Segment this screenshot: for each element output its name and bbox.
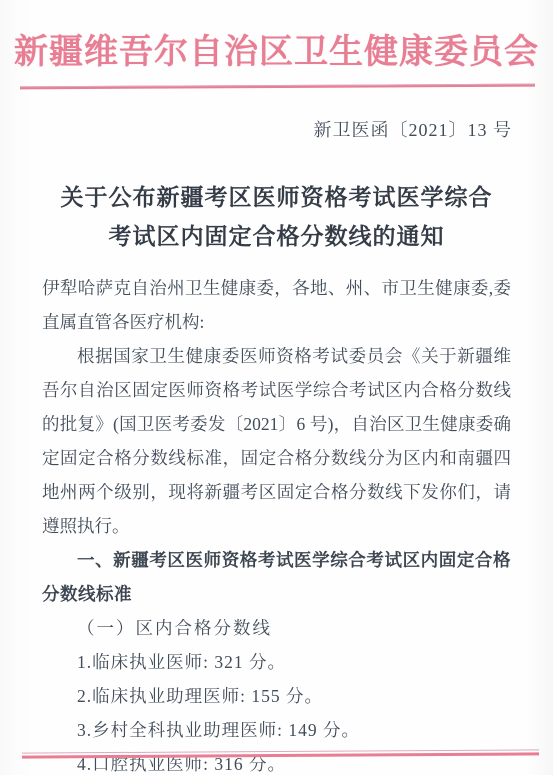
paragraph-policy-basis: 根据国家卫生健康委医师资格考试委员会《关于新疆维吾尔自治区固定医师资格考试医学综… — [42, 339, 511, 543]
notice-title: 关于公布新疆考区医师资格考试医学综合 考试区内固定合格分数线的通知 — [0, 178, 553, 256]
document-reference-number: 新卫医函〔2021〕13 号 — [0, 116, 553, 142]
issuing-org-masthead: 新疆维吾尔自治区卫生健康委员会 — [0, 24, 553, 73]
notice-title-line2: 考试区内固定合格分数线的通知 — [0, 217, 553, 256]
score-item-rural-general-assistant-physician: 3.乡村全科执业助理医师: 149 分。 — [42, 713, 511, 747]
subsection-heading-regional-pass-line: （一）区内合格分数线 — [42, 611, 511, 645]
score-item-clinical-physician: 1.临床执业医师: 321 分。 — [42, 645, 511, 679]
notice-title-line1: 关于公布新疆考区医师资格考试医学综合 — [0, 178, 553, 217]
section-heading-score-standards: 一、新疆考区医师资格考试医学综合考试区内固定合格分数线标准 — [42, 543, 511, 611]
score-item-clinical-assistant-physician: 2.临床执业助理医师: 155 分。 — [42, 679, 511, 713]
salutation-recipients: 伊犁哈萨克自治州卫生健康委，各地、州、市卫生健康委,委直属直管各医疗机构: — [42, 271, 511, 339]
notice-body: 伊犁哈萨克自治州卫生健康委，各地、州、市卫生健康委,委直属直管各医疗机构: 根据… — [42, 271, 511, 775]
official-notice-page: 新疆维吾尔自治区卫生健康委员会 新卫医函〔2021〕13 号 关于公布新疆考区医… — [0, 0, 553, 775]
masthead-divider-line — [20, 84, 535, 90]
